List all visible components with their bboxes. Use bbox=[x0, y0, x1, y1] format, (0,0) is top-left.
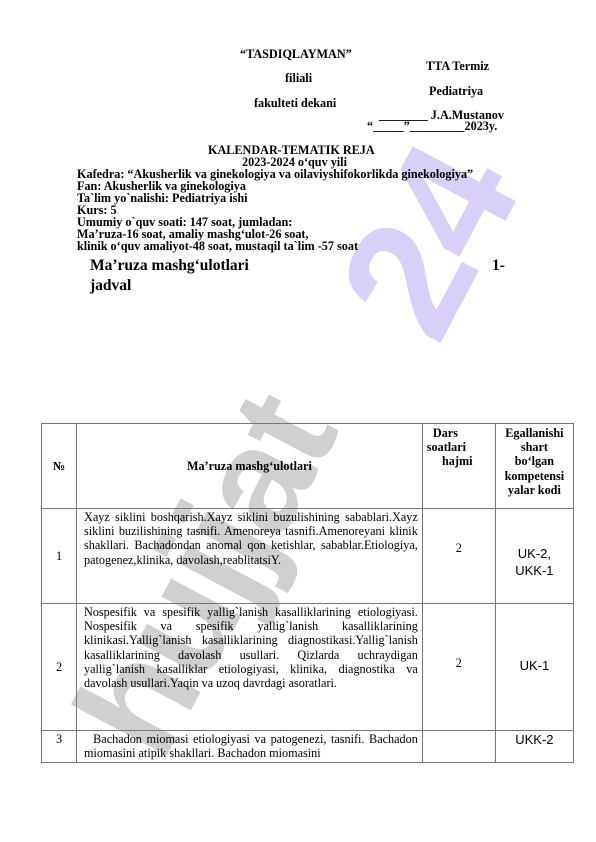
row-code-text: UKK-2 bbox=[515, 731, 553, 748]
row-code-text: UK-1 bbox=[520, 657, 550, 674]
row-topic: Nospesifik va spesifik yallig`lanish kas… bbox=[77, 604, 423, 731]
lecture-table: № Ma’ruza mashg‘ulotlari Darssoatlari ha… bbox=[41, 423, 574, 763]
header-hours-text: Darssoatlari hajmi bbox=[427, 426, 495, 469]
row-number: 3 bbox=[42, 731, 77, 763]
table-ref-label: jadval bbox=[90, 277, 131, 294]
row-hours: 2 bbox=[422, 509, 495, 604]
approval-line-filiali: filiali bbox=[285, 71, 312, 85]
row-topic: Xayz siklini boshqarish.Xayz siklini buz… bbox=[77, 509, 423, 604]
table-ref-number: 1- bbox=[492, 257, 505, 274]
row-competency-code: UK-2,UKK-1 bbox=[495, 509, 573, 604]
table-header-row: № Ma’ruza mashg‘ulotlari Darssoatlari ha… bbox=[42, 424, 574, 509]
approval-date: “_____”_________2023y. bbox=[367, 119, 497, 133]
header-number: № bbox=[42, 424, 77, 509]
row-topic: Bachadon miomasi etiologiyasi va patogen… bbox=[77, 731, 423, 763]
row-hours bbox=[422, 731, 495, 763]
section-title: Ma’ruza mashg‘ulotlari bbox=[90, 257, 249, 274]
header-hours: Darssoatlari hajmi bbox=[422, 424, 495, 509]
row-competency-code: UK-1 bbox=[495, 604, 573, 731]
header-competency-code: Egallanishishartbo‘lgankompetensiyalar k… bbox=[495, 424, 573, 509]
row-hours: 2 bbox=[422, 604, 495, 731]
approval-line-tta-termiz: TTA Termiz bbox=[426, 59, 489, 73]
approval-title: “TASDIQLAYMAN” bbox=[240, 47, 352, 61]
row-number: 1 bbox=[42, 509, 77, 604]
info-klinik-soat: klinik o‘quv amaliyot-48 soat, mustaqil … bbox=[77, 239, 358, 253]
document-page: hujjat 24 “TASDIQLAYMAN” TTA Termiz fili… bbox=[0, 0, 596, 842]
header-topic: Ma’ruza mashg‘ulotlari bbox=[77, 424, 423, 509]
row-number: 2 bbox=[42, 604, 77, 731]
approval-line-pediatriya: Pediatriya bbox=[429, 84, 483, 98]
table-row: 1 Xayz siklini boshqarish.Xayz siklini b… bbox=[42, 509, 574, 604]
row-code-text: UK-2,UKK-1 bbox=[515, 545, 553, 579]
row-competency-code: UKK-2 bbox=[495, 731, 573, 763]
table-row: 3 Bachadon miomasi etiologiyasi va patog… bbox=[42, 731, 574, 763]
header-code-text: Egallanishishartbo‘lgankompetensiyalar k… bbox=[496, 426, 573, 497]
table-row: 2 Nospesifik va spesifik yallig`lanish k… bbox=[42, 604, 574, 731]
approval-line-fakulteti-dekani: fakulteti dekani bbox=[254, 96, 336, 110]
